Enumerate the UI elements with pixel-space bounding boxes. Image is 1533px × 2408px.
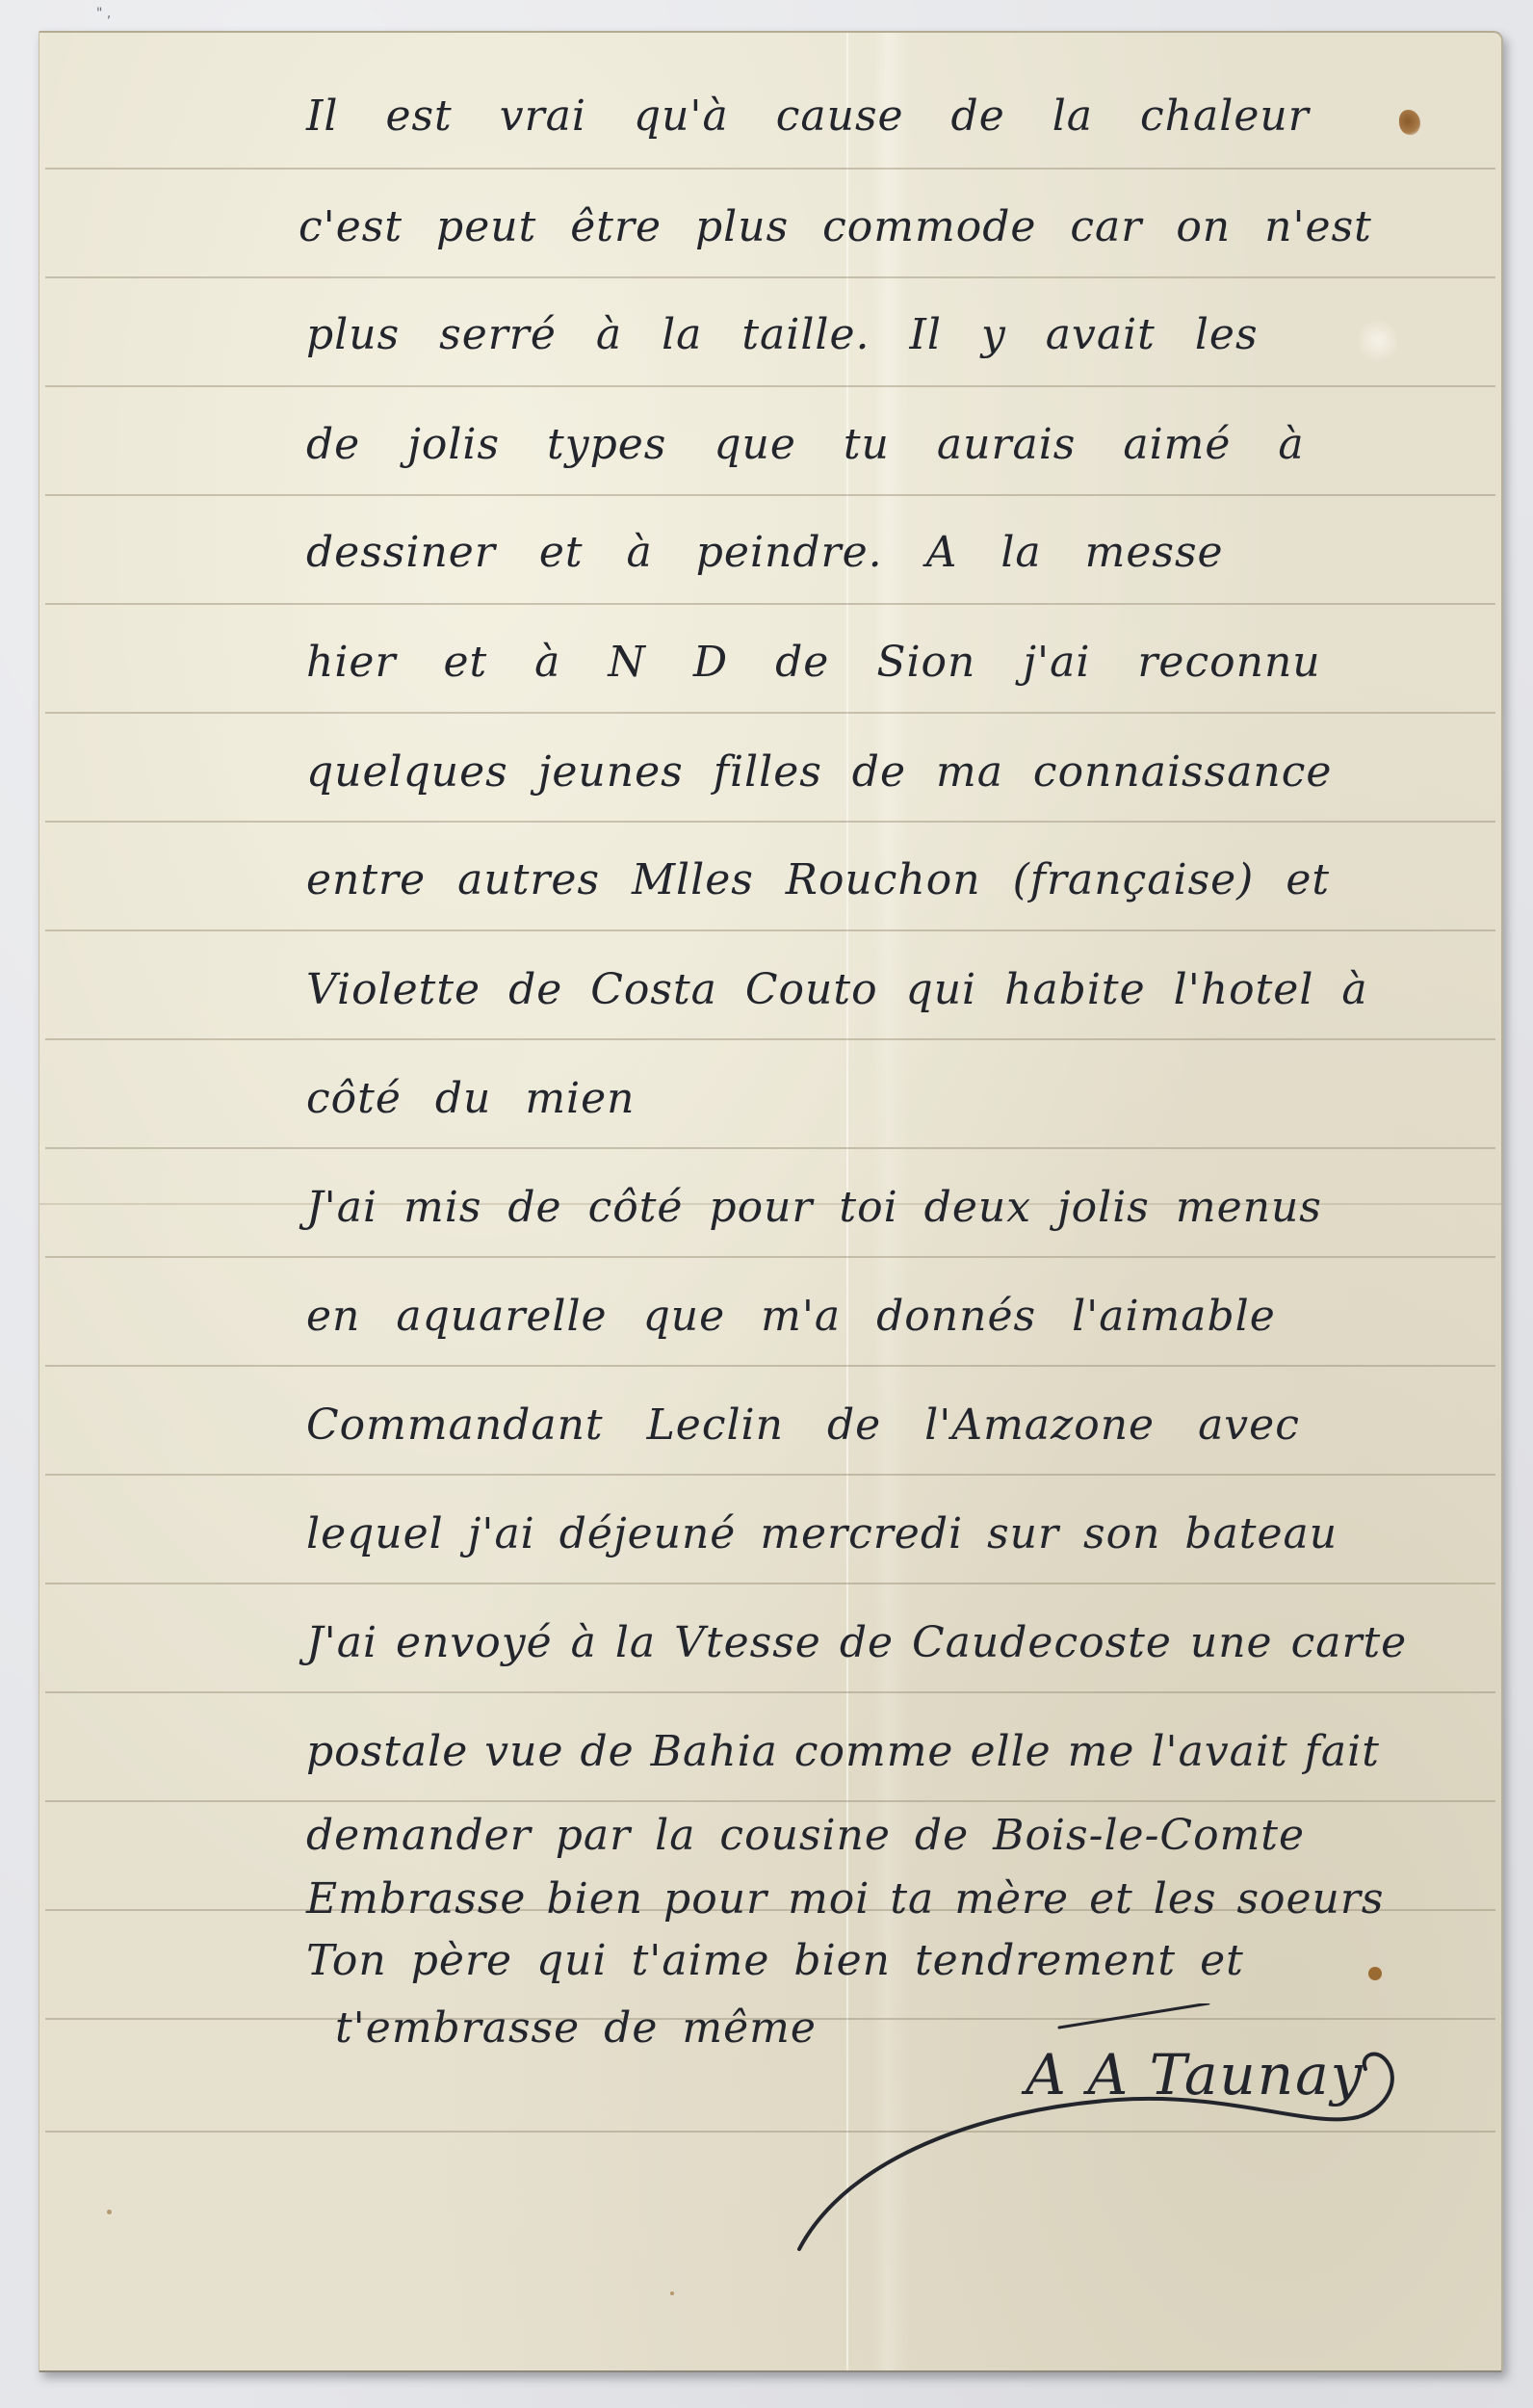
- letter-line-16: postale vue de Bahia comme elle me l'ava…: [306, 1727, 1380, 1776]
- ruled-line: [45, 1800, 1495, 1802]
- ruled-line: [45, 1256, 1495, 1258]
- letter-line-13: Commandant Leclin de l'Amazone avec: [306, 1400, 1300, 1450]
- letter-line-11: J'ai mis de côté pour toi deux jolis men…: [306, 1183, 1322, 1232]
- ruled-line: [45, 1038, 1495, 1040]
- letter-line-15: J'ai envoyé à la Vtesse de Caudecoste un…: [306, 1618, 1407, 1667]
- ruled-line: [45, 821, 1495, 823]
- ruled-line: [45, 276, 1495, 278]
- letter-line-12: en aquarelle que m'a donnés l'aimable: [306, 1292, 1276, 1341]
- ruled-line: [45, 1365, 1495, 1367]
- ruled-line: [45, 1583, 1495, 1584]
- ruled-line: [45, 1474, 1495, 1476]
- letter-line-6: hier et à N D de Sion j'ai reconnu: [306, 638, 1321, 687]
- letter-line-17: demander par la cousine de Bois-le-Comte: [306, 1811, 1305, 1860]
- signature-flourish: [770, 2003, 1444, 2273]
- ruled-line: [45, 168, 1495, 170]
- punch-hole-damage: [1399, 110, 1420, 135]
- margin-mark: " ,: [96, 6, 111, 21]
- letter-line-20: t'embrasse de même: [335, 2003, 817, 2053]
- letter-line-2: c'est peut être plus commode car on n'es…: [299, 202, 1372, 251]
- speck: [107, 2210, 112, 2214]
- ink-stain: [1368, 1967, 1382, 1980]
- letter-line-10: côté du mien: [306, 1074, 636, 1123]
- paper-tear: [1359, 317, 1397, 365]
- speck: [670, 2291, 674, 2295]
- ruled-line: [45, 1147, 1495, 1149]
- letter-line-9: Violette de Costa Couto qui habite l'hot…: [306, 965, 1368, 1014]
- letter-line-8: entre autres Mlles Rouchon (française) e…: [306, 855, 1330, 904]
- letter-line-3: plus serré à la taille. Il y avait les: [306, 310, 1259, 359]
- ruled-line: [45, 494, 1495, 496]
- ruled-line: [45, 385, 1495, 387]
- letter-line-14: lequel j'ai déjeuné mercredi sur son bat…: [306, 1509, 1338, 1558]
- letter-line-19: Ton père qui t'aime bien tendrement et: [306, 1936, 1244, 1985]
- letter-line-5: dessiner et à peindre. A la messe: [306, 528, 1224, 577]
- letter-line-4: de jolis types que tu aurais aimé à: [306, 420, 1305, 469]
- ruled-line: [45, 603, 1495, 605]
- letter-line-7: quelques jeunes filles de ma connaissanc…: [306, 747, 1332, 797]
- ruled-line: [45, 1691, 1495, 1693]
- ruled-line: [45, 929, 1495, 931]
- ruled-line: [45, 712, 1495, 714]
- letter-line-1: Il est vrai qu'à cause de la chaleur: [306, 92, 1365, 141]
- letter-line-18: Embrasse bien pour moi ta mère et les so…: [306, 1874, 1385, 1924]
